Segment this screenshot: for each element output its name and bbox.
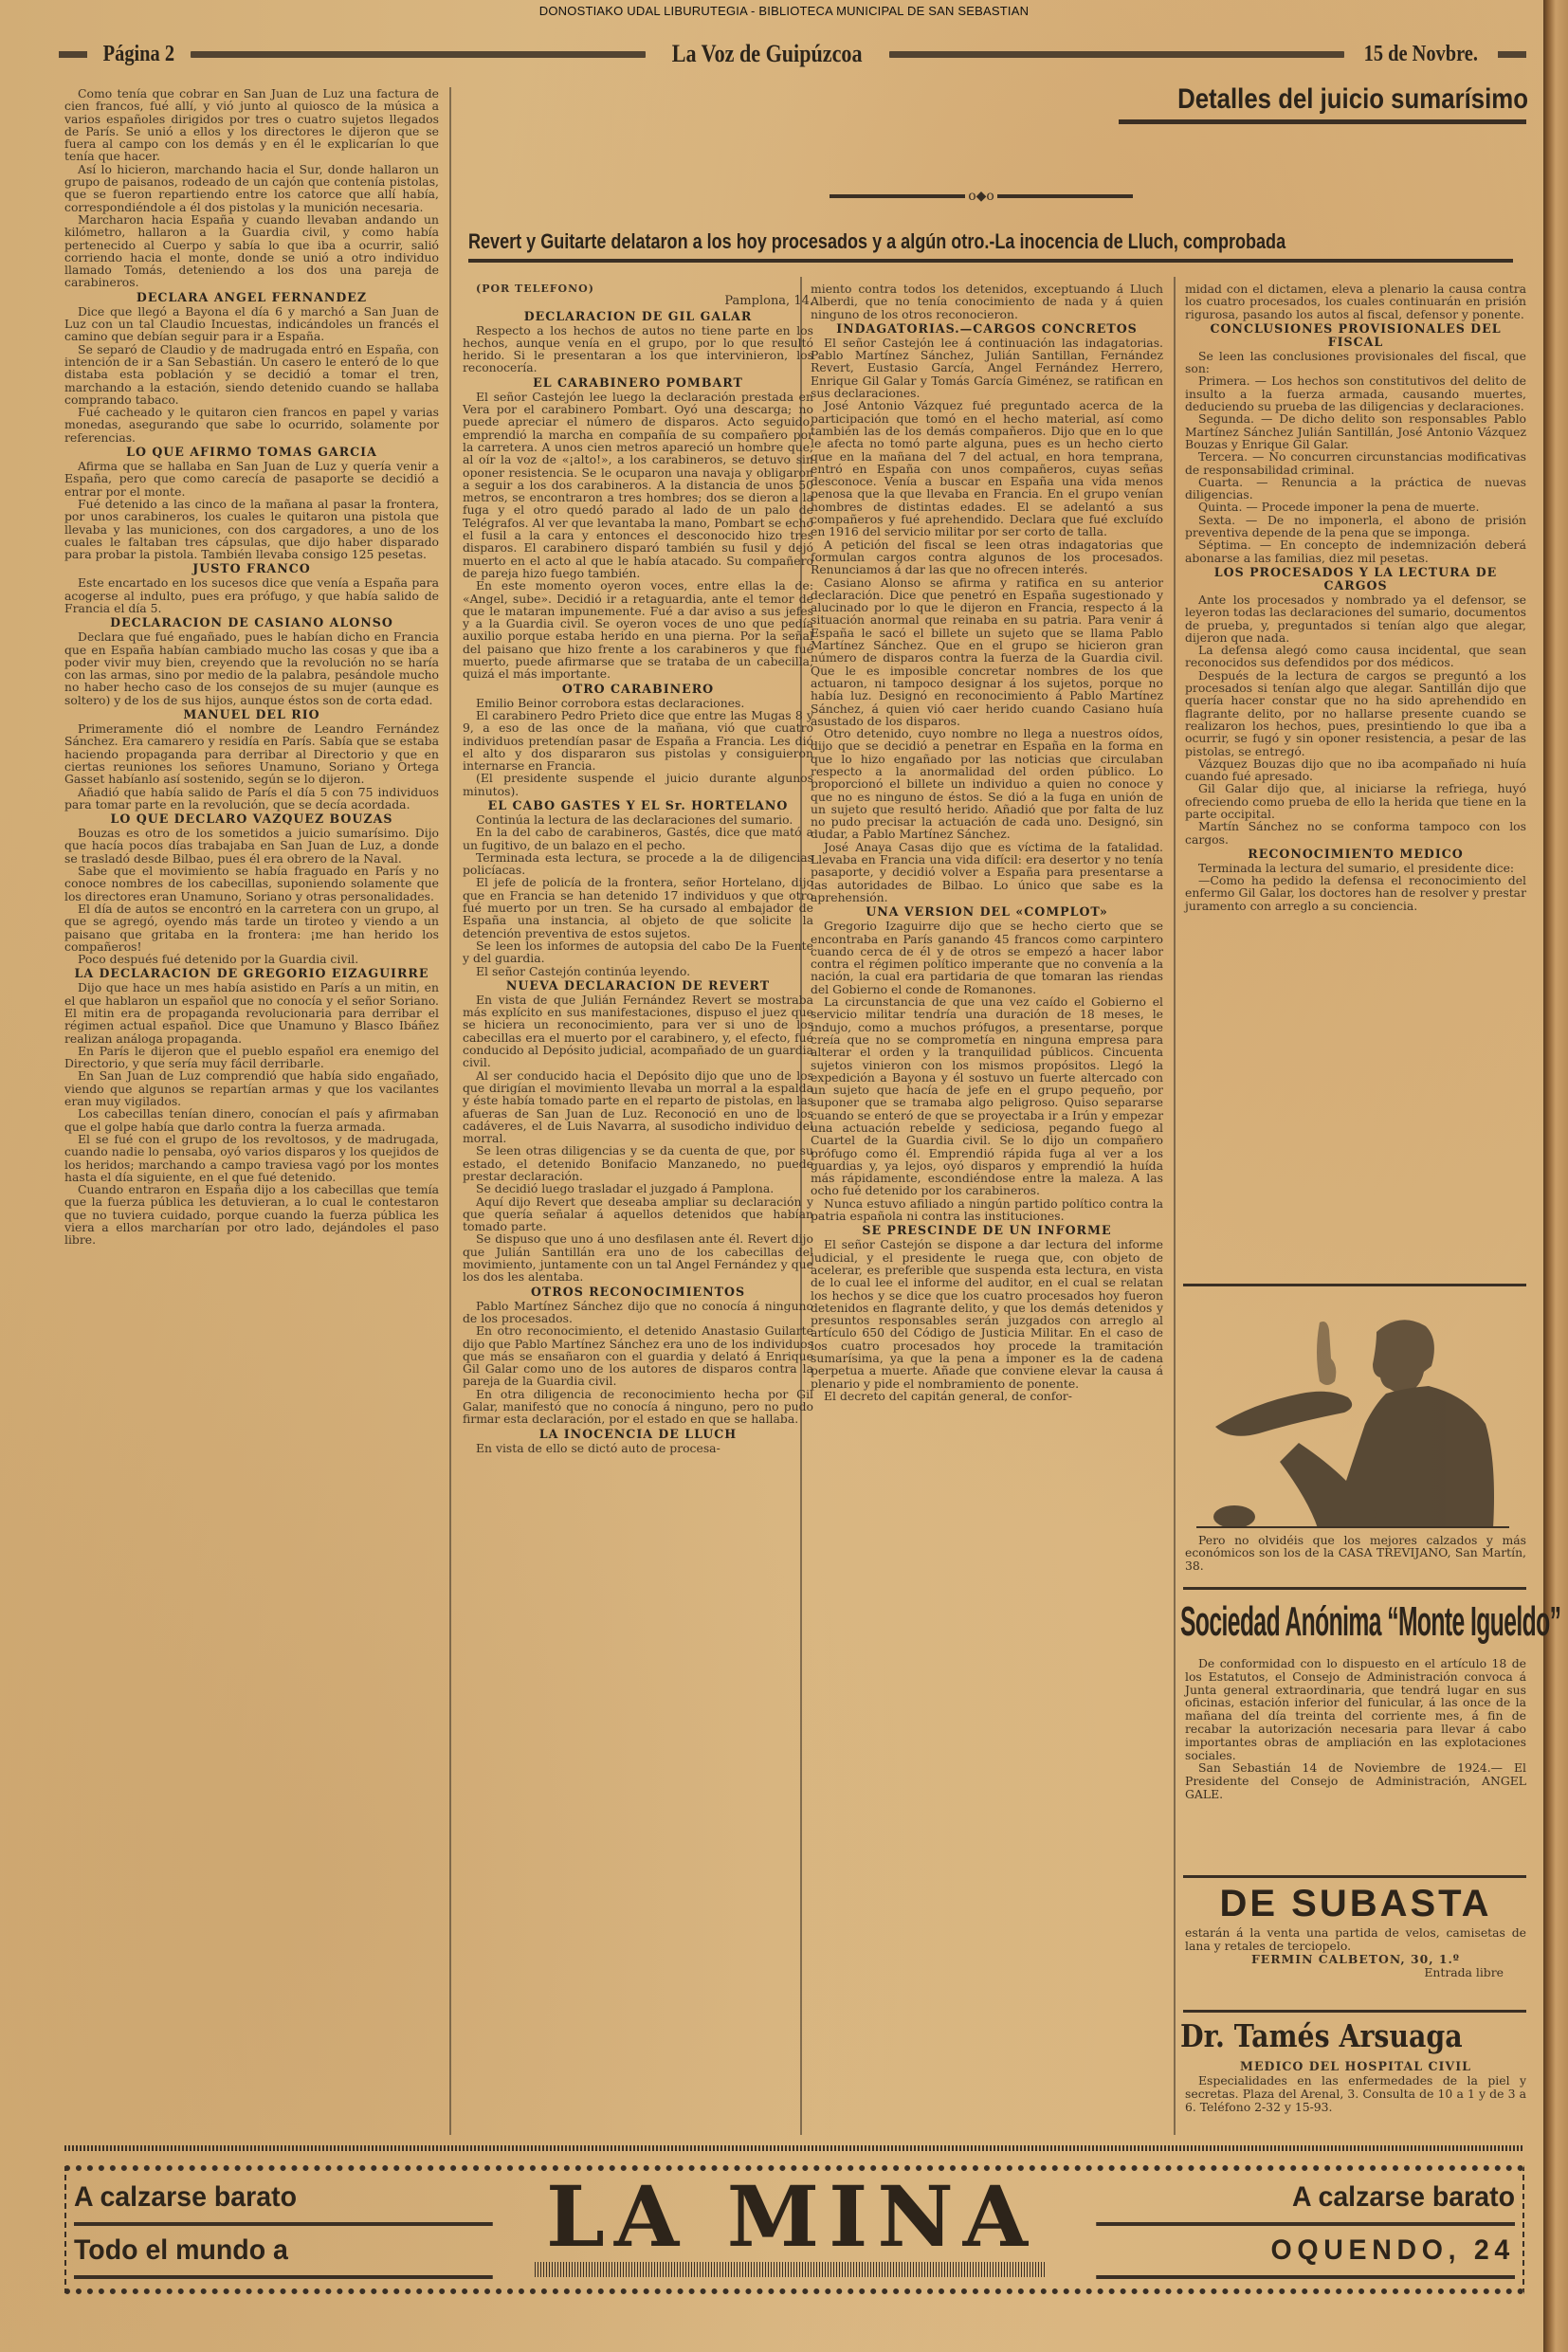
paragraph: Primera. — Los hechos son constitutivos … <box>1185 374 1526 412</box>
paragraph: Nunca estuvo afiliado a ningún partido p… <box>811 1197 1163 1223</box>
paragraph: Fué cacheado y le quitaron cien francos … <box>64 406 439 444</box>
paragraph: Pablo Martínez Sánchez dijo que no conoc… <box>463 1300 813 1325</box>
paragraph: Otro detenido, cuyo nombre no llega a nu… <box>811 727 1163 841</box>
paragraph: Fué detenido a las cinco de la mañana al… <box>64 498 439 560</box>
issue-date: 15 de Novbre. <box>1364 42 1478 67</box>
paragraph: Casiano Alonso se afirma y ratifica en s… <box>811 576 1163 728</box>
masthead-rule <box>59 51 87 58</box>
section-heading: SE PRESCINDE DE UN INFORME <box>811 1224 1163 1237</box>
section-heading: OTRO CARABINERO <box>463 683 813 696</box>
page-number: Página 2 <box>103 42 174 67</box>
column-divider <box>449 87 451 2135</box>
man-holding-shoe-illustration <box>1196 1294 1509 1531</box>
paragraph: miento contra todos los detenidos, excep… <box>811 283 1163 320</box>
paragraph: Dijo que hace un mes había asistido en P… <box>64 981 439 1044</box>
la-mina-right: A calzarse barato OQUENDO, 24 <box>1074 2177 1515 2283</box>
paragraph: Gil Galar dijo que, al iniciarse la refr… <box>1185 782 1526 820</box>
paragraph: (El presidente suspende el juicio durant… <box>463 772 813 797</box>
monte-igueldo-body: De conformidad con lo dispuesto en el ar… <box>1185 1657 1526 1761</box>
subasta-note: Entrada libre <box>1185 1966 1526 1979</box>
la-mina-underline <box>535 2262 1047 2277</box>
paragraph: midad con el dictamen, eleva a plenario … <box>1185 283 1526 320</box>
paragraph: José Anaya Casas dijo que es víctima de … <box>811 841 1163 903</box>
paragraph: Sabe que el movimiento se había fraguado… <box>64 865 439 903</box>
paragraph: Al ser conducido hacia el Depósito dijo … <box>463 1069 813 1145</box>
title-underline <box>1119 119 1526 124</box>
page-edge <box>1543 0 1568 2352</box>
article-title: Detalles del juicio sumarísimo <box>1175 83 1528 116</box>
section-heading: LOS PROCESADOS Y LA LECTURA DE CARGOS <box>1185 566 1526 593</box>
paragraph: El decreto del capitán general, de confo… <box>811 1390 1163 1402</box>
paragraph: Después de la lectura de cargos se pregu… <box>1185 669 1526 757</box>
paragraph: Se leen otras diligencias y se da cuenta… <box>463 1144 813 1182</box>
paragraph: El señor Castejón se dispone a dar lectu… <box>811 1238 1163 1390</box>
la-mina-slogan: A calzarse barato <box>1096 2177 1515 2226</box>
section-heading: JUSTO FRANCO <box>64 562 439 575</box>
section-heading: OTROS RECONOCIMIENTOS <box>463 1285 813 1299</box>
paragraph: Se leen los informes de autopsia del cab… <box>463 939 813 965</box>
masthead: Página 2 La Voz de Guipúzcoa 15 de Novbr… <box>59 40 1526 68</box>
masthead-rule <box>889 51 1345 58</box>
paragraph: En este momento oyeron voces, entre ella… <box>463 579 813 680</box>
masthead-rule <box>1498 51 1526 58</box>
paragraph: Así lo hicieron, marchando hacia el Sur,… <box>64 163 439 213</box>
paragraph: Terminada esta lectura, se procede a la … <box>463 851 813 877</box>
la-mina-slogan: A calzarse barato <box>74 2177 493 2226</box>
section-heading: DECLARA ANGEL FERNANDEZ <box>64 291 439 304</box>
monte-igueldo-signature: San Sebastián 14 de Noviembre de 1924.— … <box>1185 1761 1526 1800</box>
paragraph: Respecto a los hechos de autos no tiene … <box>463 324 813 374</box>
section-heading: LA INOCENCIA DE LLUCH <box>463 1428 813 1441</box>
paragraph: Tercera. — No concurren circunstancias m… <box>1185 450 1526 476</box>
paragraph: Terminada la lectura del sumario, el pre… <box>1185 862 1526 874</box>
la-mina-address: OQUENDO, 24 <box>1096 2230 1515 2279</box>
paragraph: El jefe de policía de la frontera, señor… <box>463 876 813 939</box>
ad-divider <box>1183 1587 1526 1590</box>
section-heading: LA DECLARACION DE GREGORIO EIZAGUIRRE <box>64 967 439 980</box>
paragraph: Afirma que se hallaba en San Juan de Luz… <box>64 460 439 498</box>
paragraph: Marcharon hacia España y cuando llevaban… <box>64 213 439 289</box>
paragraph: En San Juan de Luz comprendió que había … <box>64 1069 439 1107</box>
paragraph: El carabinero Pedro Prieto dice que entr… <box>463 709 813 772</box>
paragraph: Bouzas es otro de los sometidos a juicio… <box>64 827 439 865</box>
paragraph: Se dispuso que uno á uno desfilasen ante… <box>463 1232 813 1283</box>
subasta-body: estarán á la venta una partida de velos,… <box>1185 1926 1526 1953</box>
paragraph: Se separó de Claudio y de madrugada entr… <box>64 343 439 406</box>
paragraph: Dice que llegó a Bayona el día 6 y march… <box>64 305 439 343</box>
la-mina-left: A calzarse barato Todo el mundo a <box>74 2177 515 2283</box>
la-mina-ad: A calzarse barato Todo el mundo a LA MIN… <box>64 2165 1524 2294</box>
section-heading: DECLARACION DE CASIANO ALONSO <box>64 616 439 629</box>
byline: (POR TELEFONO) <box>463 283 813 295</box>
newspaper-name: La Voz de Guipúzcoa <box>672 40 863 68</box>
paragraph: José Antonio Vázquez fué preguntado acer… <box>811 399 1163 538</box>
paragraph: Martín Sánchez no se conforma tampoco co… <box>1185 820 1526 846</box>
la-mina-slogan: Todo el mundo a <box>74 2230 493 2279</box>
section-heading: LO QUE AFIRMO TOMAS GARCIA <box>64 446 439 459</box>
paragraph: Se leen las conclusiones provisionales d… <box>1185 350 1526 375</box>
shoe-ad-text: Pero no olvidéis que los mejores calzado… <box>1185 1534 1526 1572</box>
ornament-divider: o◆o <box>830 190 1133 203</box>
paragraph: Segunda. — De dicho delito son responsab… <box>1185 412 1526 450</box>
paragraph: Continúa la lectura de las declaraciones… <box>463 813 813 826</box>
article-column-3: miento contra todos los detenidos, excep… <box>811 283 1163 1402</box>
section-heading: MANUEL DEL RIO <box>64 708 439 721</box>
paragraph: En la del cabo de carabineros, Gastés, d… <box>463 826 813 851</box>
subhead-underline <box>468 259 1513 263</box>
paragraph: Gregorio Izaguirre dijo que se hecho cie… <box>811 920 1163 995</box>
paragraph: En vista de que Julián Fernández Revert … <box>463 994 813 1069</box>
ad-divider <box>1183 1875 1526 1878</box>
monte-igueldo-title: Sociedad Anónima “Monte Igueldo” <box>1180 1598 1377 1646</box>
paragraph: Como tenía que cobrar en San Juan de Luz… <box>64 87 439 163</box>
section-heading: NUEVA DECLARACION DE REVERT <box>463 979 813 993</box>
paragraph: Añadió que había salido de París el día … <box>64 786 439 811</box>
paragraph: El señor Castejón continúa leyendo. <box>463 965 813 977</box>
ad-divider <box>1183 1284 1526 1286</box>
paragraph: El día de autos se encontró en la carret… <box>64 903 439 953</box>
section-heading: LO QUE DECLARO VAZQUEZ BOUZAS <box>64 812 439 826</box>
paragraph: El señor Castejón lee á continuación las… <box>811 337 1163 399</box>
paragraph: Cuarta. — Renuncia a la práctica de nuev… <box>1185 476 1526 501</box>
paragraph: En otro reconocimiento, el detenido Anas… <box>463 1324 813 1387</box>
paragraph: Declara que fué engañado, pues le habían… <box>64 630 439 706</box>
subasta-address: FERMIN CALBETON, 30, 1.º <box>1185 1953 1526 1966</box>
paragraph: En París le dijeron que el pueblo españo… <box>64 1045 439 1070</box>
doctor-body: Especialidades en las enfermedades de la… <box>1185 2074 1526 2114</box>
ad-divider <box>1183 2010 1526 2013</box>
doctor-title: Dr. Tamés Arsuaga <box>1180 2017 1484 2054</box>
section-heading: EL CARABINERO POMBART <box>463 376 813 390</box>
masthead-rule <box>191 51 647 58</box>
section-heading: DECLARACION DE GIL GALAR <box>463 310 813 323</box>
section-heading: CONCLUSIONES PROVISIONALES DEL FISCAL <box>1185 322 1526 349</box>
archive-banner: DONOSTIAKO UDAL LIBURUTEGIA - BIBLIOTECA… <box>0 4 1568 18</box>
section-heading: UNA VERSION DEL «COMPLOT» <box>811 905 1163 919</box>
column-divider <box>1174 277 1176 2135</box>
monte-igueldo-notice: De conformidad con lo dispuesto en el ar… <box>1185 1657 1526 1801</box>
paragraph: La circunstancia de que una vez caído el… <box>811 995 1163 1197</box>
paragraph: El se fué con el grupo de los revoltosos… <box>64 1133 439 1183</box>
paragraph: Séptima. — En concepto de indemnización … <box>1185 538 1526 564</box>
paragraph: El señor Castejón lee luego la declaraci… <box>463 391 813 579</box>
dateline: Pamplona, 14. <box>463 295 813 307</box>
paragraph: Vázquez Bouzas dijo que no iba acompañad… <box>1185 757 1526 783</box>
la-mina-name: LA MINA <box>531 2173 1052 2260</box>
paragraph: Se decidió luego trasladar el juzgado á … <box>463 1182 813 1194</box>
paragraph: Poco después fué detenido por la Guardia… <box>64 953 439 965</box>
paragraph: Quinta. — Procede imponer la pena de mue… <box>1185 501 1526 513</box>
section-heading: EL CABO GASTES Y EL Sr. HORTELANO <box>463 799 813 812</box>
section-heading: RECONOCIMIENTO MEDICO <box>1185 848 1526 861</box>
ornament-icon: o◆o <box>965 190 997 203</box>
section-heading: INDAGATORIAS.—CARGOS CONCRETOS <box>811 322 1163 336</box>
shoe-ad-caption: Pero no olvidéis que los mejores calzado… <box>1185 1534 1526 1572</box>
article-column-1: Como tenía que cobrar en San Juan de Luz… <box>64 87 439 1247</box>
doctor-ad: Especialidades en las enfermedades de la… <box>1185 2074 1526 2114</box>
paragraph: A petición del fiscal se leen otras inda… <box>811 538 1163 576</box>
paragraph: Cuando entraron en España dijo a los cab… <box>64 1183 439 1246</box>
paragraph: —Como ha pedido la defensa el reconocimi… <box>1185 874 1526 912</box>
paragraph: En otra diligencia de reconocimiento hec… <box>463 1388 813 1426</box>
paragraph: Este encartado en los sucesos dice que v… <box>64 576 439 614</box>
decorative-border <box>64 2145 1524 2151</box>
subasta-ad: estarán á la venta una partida de velos,… <box>1185 1926 1526 1979</box>
article-column-4: midad con el dictamen, eleva a plenario … <box>1185 283 1526 912</box>
subasta-title: DE SUBASTA <box>1185 1883 1526 1925</box>
paragraph: Sexta. — De no imponerla, el abono de pr… <box>1185 514 1526 539</box>
paragraph: Aquí dijo Revert que deseaba ampliar su … <box>463 1195 813 1233</box>
article-subhead: Revert y Guitarte delataron a los hoy pr… <box>468 229 1331 254</box>
paragraph: Ante los procesados y nombrado ya el def… <box>1185 593 1526 644</box>
article-column-2: (POR TELEFONO) Pamplona, 14. DECLARACION… <box>463 283 813 1454</box>
paragraph: La defensa alegó como causa incidental, … <box>1185 644 1526 669</box>
paragraph: Los cabecillas tenían dinero, conocían e… <box>64 1107 439 1133</box>
doctor-subtitle: MEDICO DEL HOSPITAL CIVIL <box>1185 2059 1526 2073</box>
paragraph: En vista de ello se dictó auto de proces… <box>463 1442 813 1454</box>
paragraph: Emilio Beinor corrobora estas declaracio… <box>463 697 813 709</box>
paragraph: Primeramente dió el nombre de Leandro Fe… <box>64 722 439 785</box>
